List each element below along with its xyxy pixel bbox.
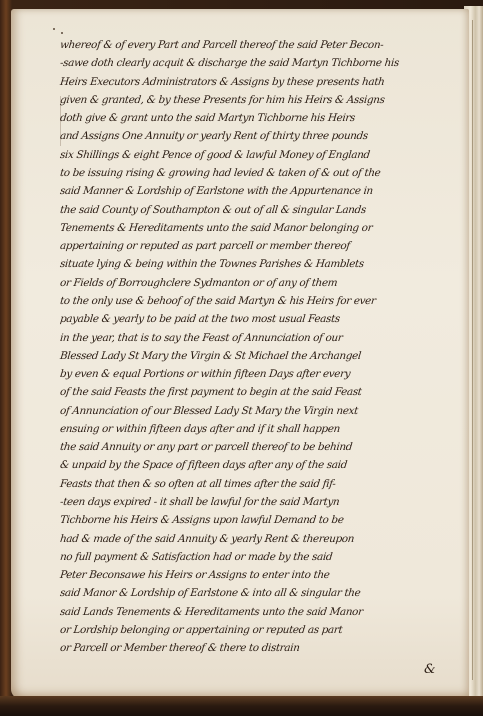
text-line: Peter Beconsawe his Heirs or Assigns to … <box>59 566 461 584</box>
ink-spot <box>61 32 63 34</box>
text-line: in the year, that is to say the Feast of… <box>59 329 461 347</box>
text-line: had & made of the said Annuity & yearly … <box>59 530 461 548</box>
ink-spot <box>53 28 55 30</box>
text-line: -sawe doth clearly acquit & discharge th… <box>59 54 461 72</box>
text-line: said Lands Tenements & Hereditaments unt… <box>59 603 461 621</box>
text-line: the said Annuity or any part or parcell … <box>59 438 461 456</box>
binding-bottom <box>0 696 483 716</box>
text-line: or Fields of Borroughclere Sydmanton or … <box>59 274 461 292</box>
catchword: & <box>424 662 436 677</box>
text-line: by even & equal Portions or within fifte… <box>59 365 461 383</box>
text-line: the said County of Southampton & out of … <box>59 201 461 219</box>
text-line: Heirs Executors Administrators & Assigns… <box>59 73 461 91</box>
text-line: no full payment & Satisfaction had or ma… <box>59 548 461 566</box>
text-line: to be issuing rising & growing had levie… <box>59 164 461 182</box>
text-line: given & granted, & by these Presents for… <box>59 91 461 109</box>
text-line: or Parcell or Member thereof & there to … <box>59 639 461 657</box>
text-line: ensuing or within fifteen days after and… <box>59 420 461 438</box>
text-line: Tichborne his Heirs & Assigns upon lawfu… <box>59 511 461 529</box>
page-edge-line <box>472 20 473 680</box>
text-line: Blessed Lady St Mary the Virgin & St Mic… <box>59 347 461 365</box>
text-line: & unpaid by the Space of fifteen days af… <box>59 456 461 474</box>
text-line: to the only use & behoof of the said Mar… <box>59 292 461 310</box>
text-line: Tenements & Hereditaments unto the said … <box>59 219 461 237</box>
text-line: Feasts that then & so often at all times… <box>59 475 461 493</box>
text-line: six Shillings & eight Pence of good & la… <box>59 146 461 164</box>
text-line: of the said Feasts the first payment to … <box>59 383 461 401</box>
manuscript-text: whereof & of every Part and Parcell ther… <box>60 36 460 658</box>
text-line: -teen days expired - it shall be lawful … <box>59 493 461 511</box>
text-line: whereof & of every Part and Parcell ther… <box>59 36 461 54</box>
text-line: or Lordship belonging or appertaining or… <box>59 621 461 639</box>
text-line: doth give & grant unto the said Martyn T… <box>59 109 461 127</box>
text-line: appertaining or reputed as part parcell … <box>59 237 461 255</box>
text-line: situate lying & being within the Townes … <box>59 255 461 273</box>
text-line: and Assigns One Annuity or yearly Rent o… <box>59 127 461 145</box>
text-line: said Manner & Lordship of Earlstone with… <box>59 182 461 200</box>
text-line: payable & yearly to be paid at the two m… <box>59 310 461 328</box>
text-line: of Annunciation of our Blessed Lady St M… <box>59 402 461 420</box>
text-line: said Manor & Lordship of Earlstone & int… <box>59 584 461 602</box>
